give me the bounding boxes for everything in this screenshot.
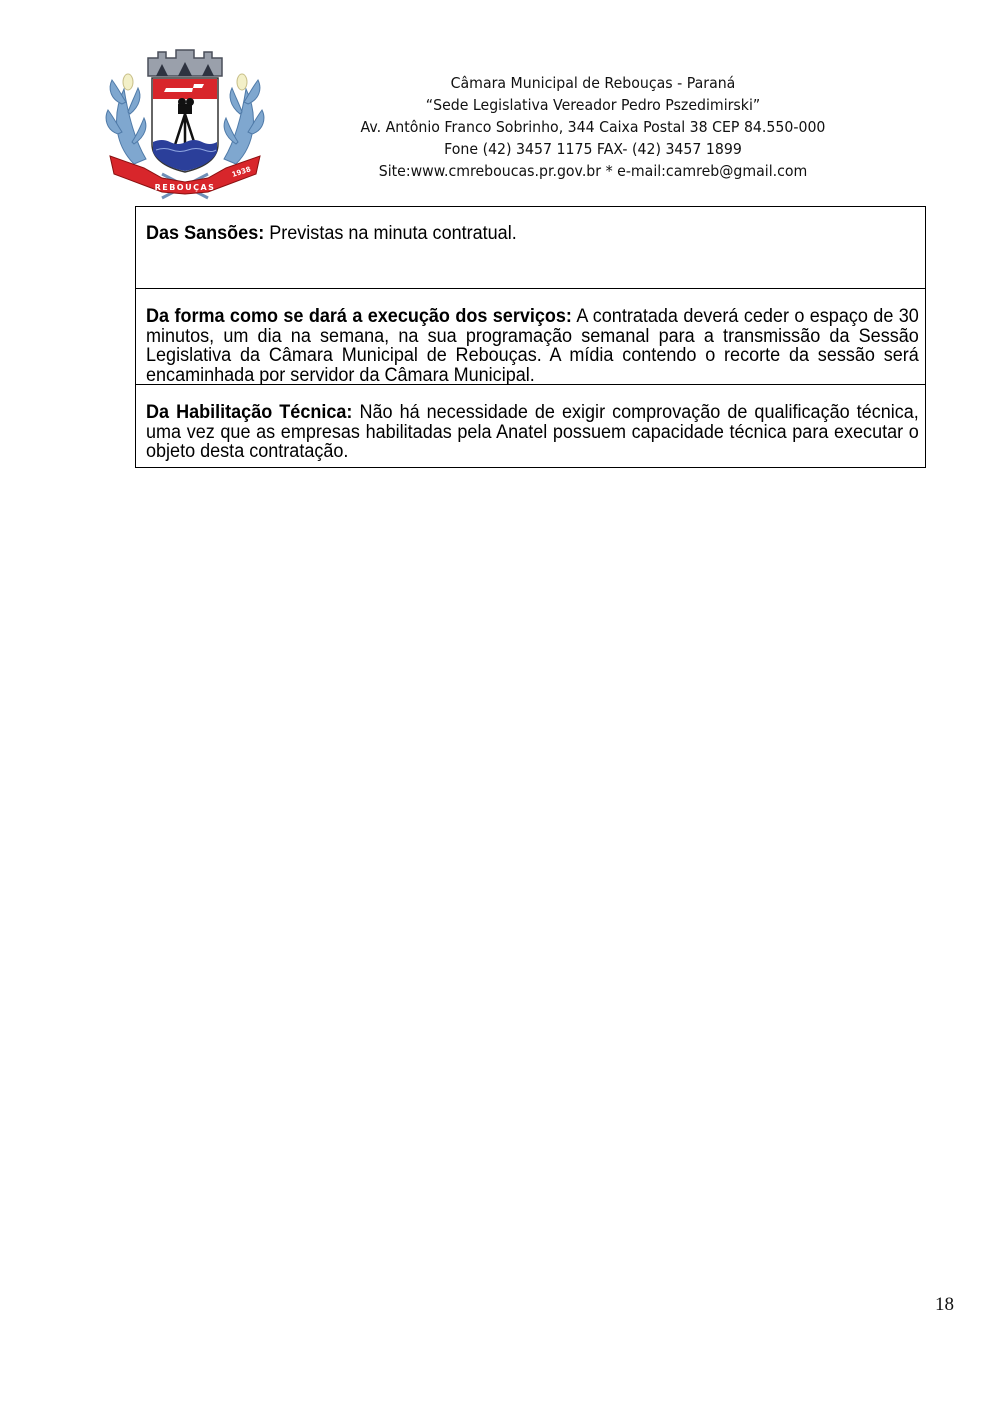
section-text: Das Sansões: Previstas na minuta contrat…: [146, 224, 919, 244]
section-sanctions: Das Sansões: Previstas na minuta contrat…: [135, 206, 926, 289]
letterhead: Câmara Municipal de Rebouças - Paraná “S…: [321, 72, 866, 182]
municipal-coat-of-arms: REBOUÇAS 1938: [104, 44, 266, 200]
section-technical-qualification: Da Habilitação Técnica: Não há necessida…: [135, 384, 926, 468]
institution-name: Câmara Municipal de Rebouças - Paraná: [321, 72, 866, 94]
section-text: Da forma como se dará a execução dos ser…: [146, 307, 919, 385]
svg-text:REBOUÇAS: REBOUÇAS: [155, 183, 216, 192]
coat-of-arms-icon: REBOUÇAS 1938: [104, 44, 266, 200]
phone-fax-line: Fone (42) 3457 1175 FAX- (42) 3457 1899: [321, 138, 866, 160]
address-line: Av. Antônio Franco Sobrinho, 344 Caixa P…: [321, 116, 866, 138]
legislative-seat-name: “Sede Legislativa Vereador Pedro Pszedim…: [321, 94, 866, 116]
section-body: Previstas na minuta contratual.: [264, 222, 516, 244]
section-text: Da Habilitação Técnica: Não há necessida…: [146, 403, 919, 462]
site-email-line: Site:www.cmreboucas.pr.gov.br * e-mail:c…: [321, 160, 866, 182]
section-service-execution: Da forma como se dará a execução dos ser…: [135, 288, 926, 385]
section-title: Das Sansões:: [146, 222, 264, 244]
page-number: 18: [935, 1294, 954, 1316]
